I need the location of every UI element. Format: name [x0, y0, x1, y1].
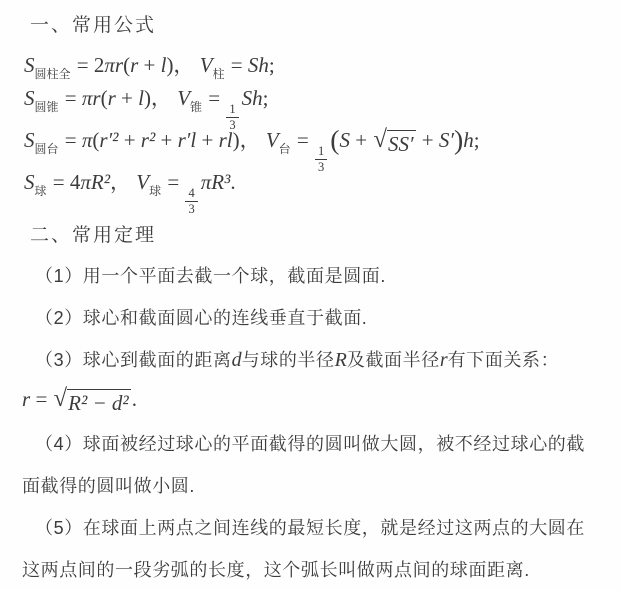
theorem-item-2: （2）球心和截面圆心的连线垂直于截面. — [35, 304, 367, 330]
document-page: 一、常用公式 S圆柱全 = 2πr(r + l)， V柱 = Sh; S圆锥 =… — [0, 0, 621, 590]
section2-heading: 二、常用定理 — [30, 220, 156, 247]
section1-heading: 一、常用公式 — [30, 10, 156, 37]
theorem-item-4-line-1: （4）球面被经过球心的平面截得的圆叫做大圆，被不经过球心的截 — [35, 430, 585, 456]
theorem-item-3-row: （3）球心到截面的距离d与球的半径R及截面半径r有下面关系： — [0, 338, 621, 380]
section1-heading-row: 一、常用公式 — [0, 2, 621, 44]
theorem-item-5-row-1: （5）在球面上两点之间连线的最短长度，就是经过这两点的大圆在 — [0, 506, 621, 548]
radius-relation-row: r = √R² − d². — [0, 380, 621, 422]
formula-cylinder: S圆柱全 = 2πr(r + l)， V柱 = Sh; — [24, 49, 275, 82]
theorem-item-4-line-2: 面截得的圆叫做小圆. — [22, 472, 195, 498]
formula-sphere: S球 = 4πR²， V球 = 43πR³. — [24, 166, 236, 217]
formula-sphere-row: S球 = 4πR²， V球 = 43πR³. — [0, 170, 621, 212]
formula-frustum-row: S圆台 = π(r′² + r² + r′l + rl)， V台 = 13(S … — [0, 128, 621, 170]
theorem-item-2-row: （2）球心和截面圆心的连线垂直于截面. — [0, 296, 621, 338]
theorem-item-5-line-2: 这两点间的一段劣弧的长度，这个弧长叫做两点间的球面距离. — [22, 556, 530, 582]
formula-cone-row: S圆锥 = πr(r + l)， V锥 = 13Sh; — [0, 86, 621, 128]
formula-cylinder-row: S圆柱全 = 2πr(r + l)， V柱 = Sh; — [0, 44, 621, 86]
theorem-item-4-row-1: （4）球面被经过球心的平面截得的圆叫做大圆，被不经过球心的截 — [0, 422, 621, 464]
theorem-item-5-row-2: 这两点间的一段劣弧的长度，这个弧长叫做两点间的球面距离. — [0, 548, 621, 590]
section2-heading-row: 二、常用定理 — [0, 212, 621, 254]
theorem-item-5-line-1: （5）在球面上两点之间连线的最短长度，就是经过这两点的大圆在 — [35, 514, 585, 540]
theorem-item-1-row: （1）用一个平面去截一个球，截面是圆面. — [0, 254, 621, 296]
theorem-item-4-row-2: 面截得的圆叫做小圆. — [0, 464, 621, 506]
formula-radius-relation: r = √R² − d². — [22, 387, 137, 416]
theorem-item-3: （3）球心到截面的距离d与球的半径R及截面半径r有下面关系： — [35, 346, 559, 372]
theorem-item-1: （1）用一个平面去截一个球，截面是圆面. — [35, 262, 386, 288]
